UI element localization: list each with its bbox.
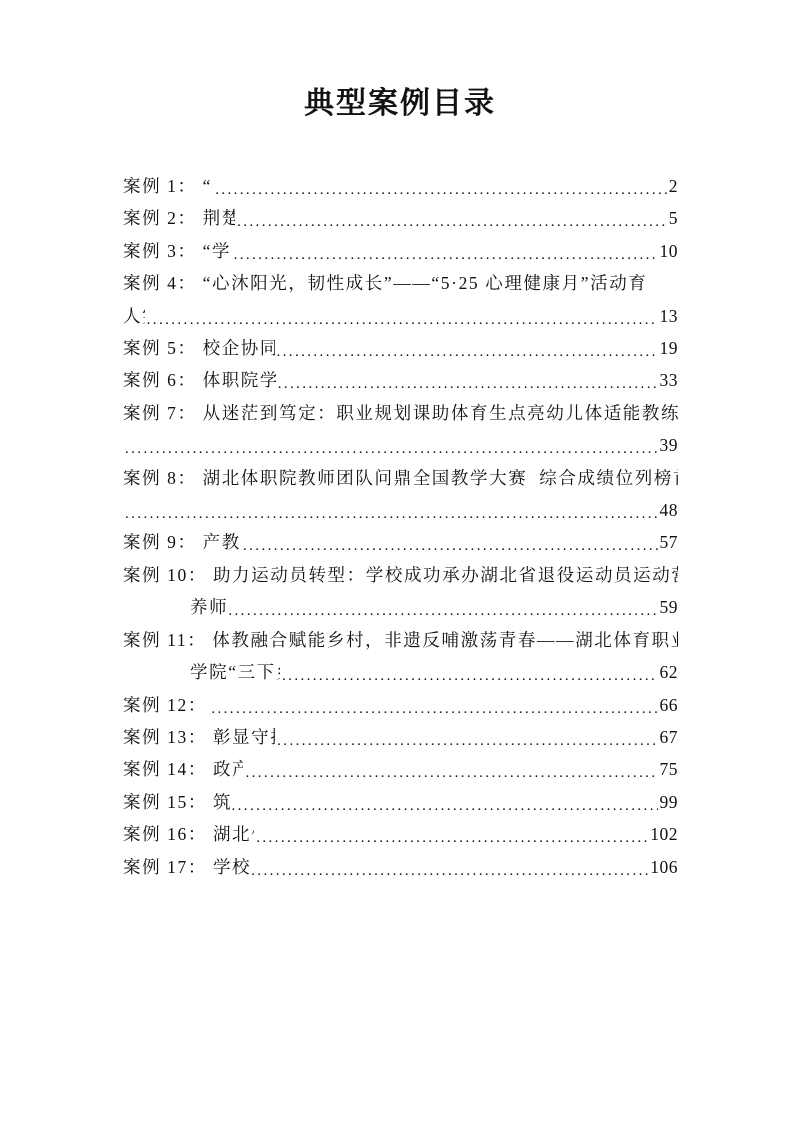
toc-entry-text: 案例 15： 筑牢安全防线，提升治理效能 [123,786,230,818]
toc-line: 人实践 ....................................… [123,300,678,332]
toc-entry-text: 案例 6： 体职院学子首夺职业规划赛银奖 破圈融合促高质量就业 [123,364,276,396]
page-number: 67 [658,721,679,753]
dot-leader: ........................................… [243,766,657,781]
toc-entry-text: 案例 9： 产教融合赋能区域体育产业人才培养 [123,526,241,558]
dot-leader: ........................................… [145,313,658,328]
toc-line: 案例 2： 荆楚学子道中华 青春托举中国梦 ..................… [123,202,678,234]
page-number: 39 [658,429,679,461]
toc-list: 案例 1： “一著三词”，铸魂育人 ......................… [0,170,800,883]
toc-entry-text: 案例 7： 从迷茫到笃定：职业规划课助体育生点亮幼儿体适能教练梦 [123,397,678,429]
toc-line: 养师系列培训 .................................… [123,591,678,623]
toc-entry: 案例 1： “一著三词”，铸魂育人 ......................… [123,170,678,202]
toc-entry: 案例 17： 学校参加 2024 年世界职业院校技能大赛 ...........… [123,851,678,883]
toc-line: 案例 10： 助力运动员转型：学校成功承办湖北省退役运动员运动营 [123,559,678,591]
toc-entry-text: 案例 14： 政产学协同育人，锻造卓越体育工匠 [123,753,243,785]
dot-leader: ........................................… [226,604,657,619]
page-number: 106 [648,851,678,883]
dot-leader: ........................................… [241,539,658,554]
toc-entry-text: 案例 17： 学校参加 2024 年世界职业院校技能大赛 [123,851,249,883]
dot-leader: ........................................… [276,377,658,392]
toc-entry: 案例 16： 湖北体育职业学院探索冰雪产业发展新路径 .............… [123,818,678,850]
toc-entry-text: 案例 10： 助力运动员转型：学校成功承办湖北省退役运动员运动营 [123,559,678,591]
page-number: 5 [667,202,678,234]
toc-entry: 案例 13： 彰显守护生命责任担当 学校获批全国急救教育试点校 ........… [123,721,678,753]
toc-entry-text: 案例 13： 彰显守护生命责任担当 学校获批全国急救教育试点校 [123,721,275,753]
page-title: 典型案例目录 [0,0,800,122]
page-number: 57 [658,526,679,558]
toc-line: 案例 15： 筑牢安全防线，提升治理效能 ...................… [123,786,678,818]
dot-leader: ........................................… [275,345,658,360]
toc-entry: 案例 15： 筑牢安全防线，提升治理效能 ...................… [123,786,678,818]
page-number: 33 [658,364,679,396]
page-number: 2 [667,170,678,202]
page-number: 10 [658,235,679,267]
page-number: 99 [658,786,679,818]
toc-entry-text: 案例 4： “心沐阳光，韧性成长”——“5·25 心理健康月”活动育 [123,267,647,299]
toc-line: 案例 9： 产教融合赋能区域体育产业人才培养 .................… [123,526,678,558]
toc-entry-text: 学院“三下乡”实践书写乡村振兴新篇章 [190,656,280,688]
dot-leader: ........................................… [232,248,658,263]
page-number: 75 [658,753,679,785]
dot-leader: ........................................… [230,799,658,814]
dot-leader: ........................................… [254,831,648,846]
dot-leader: ........................................… [280,669,657,684]
toc-entry-text: 人实践 [123,300,145,332]
page-number: 62 [658,656,679,688]
toc-line: 案例 3： “学以致用，服务社会”公益课堂 ..................… [123,235,678,267]
toc-line: 案例 5： 校企协同双训并进：社会体育系教师专业技能提升实践 .........… [123,332,678,364]
toc-line: 案例 4： “心沐阳光，韧性成长”——“5·25 心理健康月”活动育 [123,267,678,299]
toc-line: 学院“三下乡”实践书写乡村振兴新篇章 .....................… [123,656,678,688]
page-number: 48 [658,494,679,526]
toc-entry-text: 案例 8： 湖北体职院教师团队问鼎全国教学大赛 综合成绩位列榜首 [123,462,678,494]
toc-entry-text: 案例 3： “学以致用，服务社会”公益课堂 [123,235,232,267]
page-number: 102 [648,818,678,850]
page-number: 59 [658,591,679,623]
dot-leader: ........................................… [209,702,657,717]
dot-leader: ........................................… [123,507,658,522]
toc-entry: 案例 14： 政产学协同育人，锻造卓越体育工匠 ................… [123,753,678,785]
dot-leader: ........................................… [235,215,667,230]
toc-line: ........................................… [123,429,678,461]
toc-entry-text: 案例 16： 湖北体育职业学院探索冰雪产业发展新路径 [123,818,254,850]
toc-line: 案例 16： 湖北体育职业学院探索冰雪产业发展新路径 .............… [123,818,678,850]
dot-leader: ........................................… [249,864,648,879]
page-number: 19 [658,332,679,364]
toc-entry: 案例 12： 精准帮扶，育才报国 .......................… [123,689,678,721]
toc-line: 案例 1： “一著三词”，铸魂育人 ......................… [123,170,678,202]
toc-entry-text: 案例 1： “一著三词”，铸魂育人 [123,170,213,202]
toc-entry-text: 案例 12： 精准帮扶，育才报国 [123,689,209,721]
toc-entry-text: 案例 5： 校企协同双训并进：社会体育系教师专业技能提升实践 [123,332,275,364]
toc-entry: 案例 11： 体教融合赋能乡村，非遗反哺激荡青春——湖北体育职业 学院“三下乡”… [123,624,678,689]
toc-entry: 案例 4： “心沐阳光，韧性成长”——“5·25 心理健康月”活动育 人实践 .… [123,267,678,332]
page-number: 13 [658,300,679,332]
toc-entry: 案例 10： 助力运动员转型：学校成功承办湖北省退役运动员运动营 养师系列培训 … [123,559,678,624]
toc-entry: 案例 5： 校企协同双训并进：社会体育系教师专业技能提升实践 .........… [123,332,678,364]
document-page: 典型案例目录 案例 1： “一著三词”，铸魂育人 ...............… [0,0,800,1131]
toc-line: 案例 11： 体教融合赋能乡村，非遗反哺激荡青春——湖北体育职业 [123,624,678,656]
toc-line: 案例 17： 学校参加 2024 年世界职业院校技能大赛 ...........… [123,851,678,883]
dot-leader: ........................................… [213,183,667,198]
toc-entry-text: 养师系列培训 [190,591,226,623]
toc-entry: 案例 8： 湖北体职院教师团队问鼎全国教学大赛 综合成绩位列榜首 .......… [123,462,678,527]
toc-entry: 案例 7： 从迷茫到笃定：职业规划课助体育生点亮幼儿体适能教练梦 .......… [123,397,678,462]
toc-line: 案例 13： 彰显守护生命责任担当 学校获批全国急救教育试点校 ........… [123,721,678,753]
page-number: 66 [658,689,679,721]
toc-line: 案例 14： 政产学协同育人，锻造卓越体育工匠 ................… [123,753,678,785]
dot-leader: ........................................… [275,734,657,749]
toc-entry-text: 案例 2： 荆楚学子道中华 青春托举中国梦 [123,202,235,234]
toc-entry: 案例 2： 荆楚学子道中华 青春托举中国梦 ..................… [123,202,678,234]
toc-entry: 案例 9： 产教融合赋能区域体育产业人才培养 .................… [123,526,678,558]
toc-line: 案例 8： 湖北体职院教师团队问鼎全国教学大赛 综合成绩位列榜首 [123,462,678,494]
dot-leader: ........................................… [123,442,658,457]
toc-line: ........................................… [123,494,678,526]
toc-line: 案例 12： 精准帮扶，育才报国 .......................… [123,689,678,721]
toc-line: 案例 6： 体职院学子首夺职业规划赛银奖 破圈融合促高质量就业 ........… [123,364,678,396]
toc-entry-text: 案例 11： 体教融合赋能乡村，非遗反哺激荡青春——湖北体育职业 [123,624,678,656]
toc-line: 案例 7： 从迷茫到笃定：职业规划课助体育生点亮幼儿体适能教练梦 [123,397,678,429]
toc-entry: 案例 3： “学以致用，服务社会”公益课堂 ..................… [123,235,678,267]
toc-entry: 案例 6： 体职院学子首夺职业规划赛银奖 破圈融合促高质量就业 ........… [123,364,678,396]
